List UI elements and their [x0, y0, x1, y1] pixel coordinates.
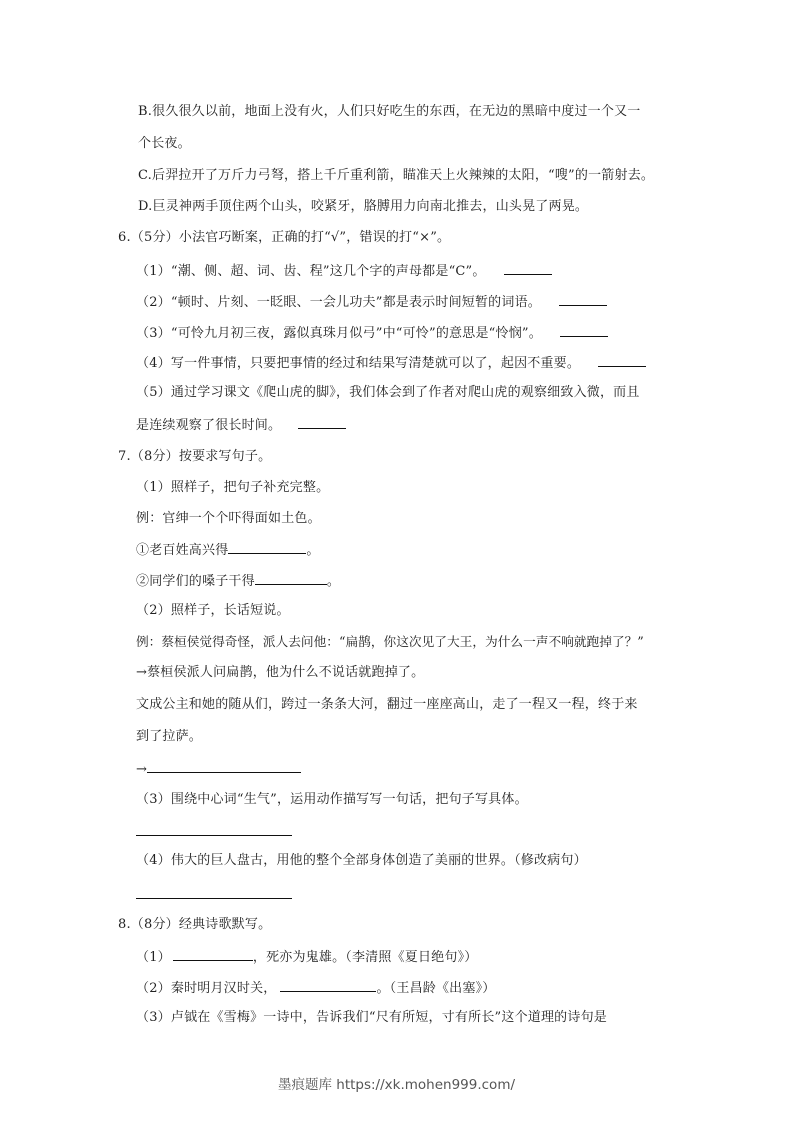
q5-option-d: D.巨灵神两手顶住两个山头，咬紧牙，胳膊用力向南北推去，山头晃了两晃。 — [138, 199, 588, 215]
q5-option-c: C.后羿拉开了万斤力弓弩，搭上千斤重利箭，瞄准天上火辣辣的太阳，“嗖”的一箭射去… — [138, 168, 654, 184]
q7-part1-b-blank[interactable] — [255, 572, 327, 585]
q7-part2-example-answer: →蔡桓侯派人问扁鹊，他为什么不说话就跑掉了。 — [136, 665, 424, 681]
q7-part2-answer: → — [136, 760, 301, 778]
q7-part3-blank[interactable] — [136, 835, 292, 836]
q6-item-2-text: （2）“顿时、片刻、一眨眼、一会儿功夫”都是表示时间短暂的词语。 — [136, 295, 541, 310]
period: 。 — [327, 574, 340, 589]
q7-part2-instruction: （2）照样子，长话短说。 — [136, 603, 290, 619]
q7-part3-instruction: （3）围绕中心词“生气”，运用动作描写写一句话，把句子写具体。 — [136, 792, 528, 808]
q5-option-b-line2: 个长夜。 — [138, 136, 191, 152]
q6-item-5-blank[interactable] — [298, 416, 346, 429]
q8-item-1-blank[interactable] — [173, 948, 253, 961]
q6-item-3-text: （3）“可怜九月初三夜，露似真珠月似弓”中“可怜”的意思是“怜悯”。 — [136, 326, 542, 341]
q6-item-4-blank[interactable] — [598, 354, 646, 367]
q7-part1-b-text: ②同学们的嗓子干得 — [136, 574, 255, 589]
q8-item-2: （2）秦时明月汉时关，。（王昌龄《出塞》） — [136, 979, 496, 997]
q6-item-1: （1）“潮、侧、超、词、齿、程”这几个字的声母都是“C”。 — [136, 262, 552, 280]
q7-part2-text-line2: 到了拉萨。 — [136, 729, 202, 745]
q6-item-1-blank[interactable] — [504, 262, 552, 275]
q7-part2-blank[interactable] — [147, 760, 301, 773]
q6-title: 6.（5分）小法官巧断案，正确的打“√”，错误的打“×”。 — [118, 230, 450, 246]
q7-part2-text-line1: 文成公主和她的随从们，跨过一条条大河，翻过一座座高山，走了一程又一程，终于来 — [136, 697, 638, 713]
q7-title: 7.（8分）按要求写句子。 — [118, 449, 271, 465]
period: 。 — [306, 543, 319, 558]
q6-item-4: （4）写一件事情，只要把事情的经过和结果写清楚就可以了，起因不重要。 — [136, 354, 646, 372]
q6-item-2: （2）“顿时、片刻、一眨眼、一会儿功夫”都是表示时间短暂的词语。 — [136, 293, 607, 311]
q7-part1-instruction: （1）照样子，把句子补充完整。 — [136, 480, 329, 496]
q6-item-2-blank[interactable] — [559, 293, 607, 306]
q6-item-3: （3）“可怜九月初三夜，露似真珠月似弓”中“可怜”的意思是“怜悯”。 — [136, 324, 608, 342]
q7-part4-blank[interactable] — [136, 898, 292, 899]
q8-item-2-prefix: （2）秦时明月汉时关， — [136, 981, 276, 996]
q5-option-b-line1: B.很久很久以前，地面上没有火，人们只好吃生的东西，在无边的黑暗中度过一个又一 — [138, 104, 641, 120]
q7-part1-b: ②同学们的嗓子干得。 — [136, 572, 340, 590]
q7-part1-a: ①老百姓高兴得。 — [136, 541, 320, 559]
q6-item-5-text: 是连续观察了很长时间。 — [136, 418, 281, 433]
q7-part2-example: 例：蔡桓侯觉得奇怪，派人去问他：“扁鹊，你这次见了大王，为什么一声不响就跑掉了？… — [136, 634, 644, 650]
q8-item-3: （3）卢钺在《雪梅》一诗中，告诉我们“尺有所短，寸有所长”这个道理的诗句是 — [136, 1010, 607, 1026]
arrow-icon: → — [136, 762, 147, 777]
q8-item-2-blank[interactable] — [280, 979, 376, 992]
q8-title: 8.（8分）经典诗歌默写。 — [118, 917, 271, 933]
q7-part4-instruction: （4）伟大的巨人盘古，用他的整个全部身体创造了美丽的世界。（修改病句） — [136, 853, 587, 869]
q8-item-1-prefix: （1） — [136, 950, 171, 965]
footer-watermark: 墨痕题库 https://xk.mohen999.com/ — [0, 1073, 793, 1093]
q6-item-5-line1: （5）通过学习课文《爬山虎的脚》，我们体会到了作者对爬山虎的观察细致入微，而且 — [136, 385, 640, 401]
q7-part1-a-text: ①老百姓高兴得 — [136, 543, 228, 558]
q8-item-1-suffix: ，死亦为鬼雄。（李清照《夏日绝句》） — [253, 950, 478, 965]
q6-item-1-text: （1）“潮、侧、超、词、齿、程”这几个字的声母都是“C”。 — [136, 264, 486, 279]
q8-item-1: （1），死亦为鬼雄。（李清照《夏日绝句》） — [136, 948, 477, 966]
q7-part1-a-blank[interactable] — [228, 541, 306, 554]
q6-item-5-line2: 是连续观察了很长时间。 — [136, 416, 346, 434]
q8-item-2-suffix: 。（王昌龄《出塞》） — [376, 981, 495, 996]
q6-item-4-text: （4）写一件事情，只要把事情的经过和结果写清楚就可以了，起因不重要。 — [136, 356, 580, 371]
q6-item-3-blank[interactable] — [560, 324, 608, 337]
q7-part1-example: 例：官绅一个个吓得面如土色。 — [136, 511, 321, 527]
